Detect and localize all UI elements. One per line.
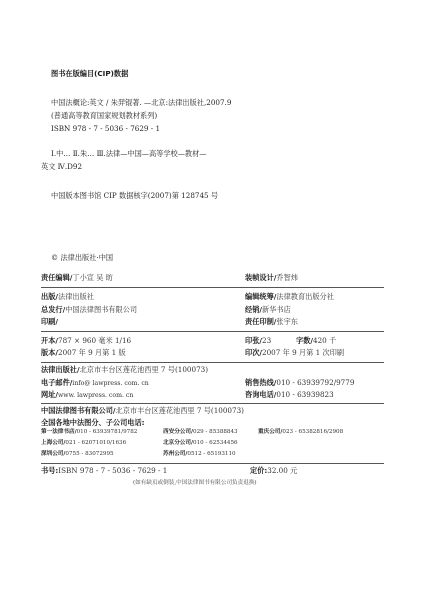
price-label: 定价: xyxy=(250,466,267,475)
impression-value: 2007 年 9 月第 1 次印刷 xyxy=(262,348,344,357)
branch-label: 苏州公司/ xyxy=(163,451,187,457)
divider xyxy=(41,403,384,404)
branch-phone: 023 - 65382816/2908 xyxy=(282,429,343,435)
branch-phone: 010 - 62534456 xyxy=(193,440,238,446)
editor-label: 责任编辑/ xyxy=(41,273,72,282)
edition-spec: 版本/2007 年 9 月第 1 版 xyxy=(41,349,126,356)
isbn-line: 书号:ISBN 978 - 7 - 5036 - 7629 - 1 xyxy=(41,467,167,474)
publisher-value: 法律出版社 xyxy=(58,292,94,301)
seller-value: 新华书店 xyxy=(262,305,291,314)
email-value: info@ lawpress. com. cn xyxy=(72,380,148,387)
cip-series-line: (普通高等教育国家规划教材系列) xyxy=(51,112,157,119)
cip-isbn-line: ISBN 978 - 7 - 5036 - 7629 - 1 xyxy=(51,125,160,132)
format-value: 787 × 960 毫米 1/16 xyxy=(58,336,131,345)
distributor-label: 总发行/ xyxy=(41,305,65,314)
sales-value: 010 - 63939792/9779 xyxy=(276,378,354,387)
print-manager-credit: 责任印制/张宇东 xyxy=(245,318,298,325)
branch-label: 上海公司/ xyxy=(41,440,65,446)
copyright-line: © 法律出版社·中国 xyxy=(51,254,113,261)
design-credit: 装帧设计/乔智炜 xyxy=(245,274,298,281)
printer-credit: 印刷/ xyxy=(41,318,58,325)
company-label: 中国法律图书有限公司/ xyxy=(41,406,116,415)
print-manager-value: 张宇东 xyxy=(276,317,298,326)
isbn-value: ISBN 978 - 7 - 5036 - 7629 - 1 xyxy=(58,466,167,475)
coordinator-value: 法律教育出版分社 xyxy=(276,292,334,301)
words-label: 字数/ xyxy=(296,336,313,345)
branch-phone: 010 - 63939781/9782 xyxy=(77,429,138,435)
inquiry-contact: 咨询电话/010 - 63939823 xyxy=(245,391,334,398)
cip-library-line: 中国版本图书馆 CIP 数据核字(2007)第 128745 号 xyxy=(51,192,218,199)
address-label: 法律出版社/ xyxy=(41,365,80,374)
cip-title-line: 中国法概论:英文 / 朱羿锟著. —北京:法律出版社,2007.9 xyxy=(51,99,231,106)
coordinator-label: 编辑统筹/ xyxy=(245,292,276,301)
design-label: 装帧设计/ xyxy=(245,273,276,282)
branch-phone: 029 - 85388843 xyxy=(193,429,238,435)
web-contact: 网址/www. lawpress. com. cn xyxy=(41,391,133,399)
impression-spec: 印次/2007 年 9 月第 1 次印刷 xyxy=(245,349,344,356)
inquiry-value: 010 - 63939823 xyxy=(276,390,333,399)
cip-subject-line-1: Ⅰ.中… Ⅱ.朱… Ⅲ.法律—中国—高等学校—教材— xyxy=(51,150,206,157)
words-value: 420 千 xyxy=(313,336,336,345)
address-value: 北京市丰台区莲花池西里 7 号(100073) xyxy=(80,365,208,374)
web-value: www. lawpress. com. cn xyxy=(58,392,133,399)
email-label: 电子邮件/ xyxy=(41,378,72,387)
sales-label: 销售热线/ xyxy=(245,378,276,387)
format-label: 开本/ xyxy=(41,336,58,345)
branch-label: 重庆公司/ xyxy=(258,429,282,435)
sheets-spec: 印张/23 xyxy=(245,337,271,344)
company-address: 中国法律图书有限公司/北京市丰台区莲花池西里 7 号(100073) xyxy=(41,407,244,414)
isbn-label: 书号: xyxy=(41,466,58,475)
cip-heading: 图书在版编目(CIP)数据 xyxy=(51,70,128,77)
company-value: 北京市丰台区莲花池西里 7 号(100073) xyxy=(116,406,244,415)
branches-heading: 全国各地中法图分、子公司电话: xyxy=(41,419,145,426)
sales-contact: 销售热线/010 - 63939792/9779 xyxy=(245,379,354,386)
publisher-label: 出版/ xyxy=(41,292,58,301)
cip-subject-line-2: 英文 Ⅳ.D92 xyxy=(41,163,82,170)
publisher-credit: 出版/法律出版社 xyxy=(41,293,94,300)
editor-value: 丁小宣 吴 昉 xyxy=(72,273,113,282)
impression-label: 印次/ xyxy=(245,348,262,357)
distributor-value: 中国法律图书有限公司 xyxy=(65,305,137,314)
edition-value: 2007 年 9 月第 1 版 xyxy=(58,348,126,357)
branch-phone: 0512 - 65193110 xyxy=(187,451,235,457)
distributor-credit: 总发行/中国法律图书有限公司 xyxy=(41,306,137,313)
branch-label: 第一法律书店/ xyxy=(41,429,77,435)
divider xyxy=(41,287,384,288)
branch-item: 北京分公司/010 - 62534456 xyxy=(163,441,238,447)
branch-label: 深圳公司/ xyxy=(41,451,65,457)
seller-label: 经销/ xyxy=(245,305,262,314)
inquiry-label: 咨询电话/ xyxy=(245,390,276,399)
email-contact: 电子邮件/info@ lawpress. com. cn xyxy=(41,379,149,387)
branch-label: 北京分公司/ xyxy=(163,440,193,446)
branch-item: 西安分公司/029 - 85388843 xyxy=(163,430,238,436)
divider xyxy=(41,331,384,332)
branch-item: 第一法律书店/010 - 63939781/9782 xyxy=(41,430,137,436)
design-value: 乔智炜 xyxy=(276,273,298,282)
web-label: 网址/ xyxy=(41,390,58,399)
format-spec: 开本/787 × 960 毫米 1/16 xyxy=(41,337,131,344)
branch-item: 深圳公司/0755 - 83072995 xyxy=(41,452,114,458)
seller-credit: 经销/新华书店 xyxy=(245,306,291,313)
sheets-label: 印张/ xyxy=(245,336,262,345)
words-spec: 字数/420 千 xyxy=(296,337,336,344)
price-line: 定价:32.00 元 xyxy=(250,467,297,474)
coordinator-credit: 编辑统筹/法律教育出版分社 xyxy=(245,293,334,300)
branch-item: 重庆公司/023 - 65382816/2908 xyxy=(258,430,343,436)
divider xyxy=(41,463,384,464)
branch-phone: 021 - 62071010/1636 xyxy=(65,440,126,446)
branch-label: 西安分公司/ xyxy=(163,429,193,435)
edition-label: 版本/ xyxy=(41,348,58,357)
sheets-value: 23 xyxy=(262,336,271,345)
return-policy-note: (如有缺页或倒装,中国法律图书有限公司负责退换) xyxy=(133,481,257,487)
branch-item: 上海公司/021 - 62071010/1636 xyxy=(41,441,126,447)
price-value: 32.00 元 xyxy=(267,466,297,475)
editor-credit: 责任编辑/丁小宣 吴 昉 xyxy=(41,274,113,281)
branch-item: 苏州公司/0512 - 65193110 xyxy=(163,452,236,458)
divider xyxy=(41,362,384,363)
publisher-address: 法律出版社/北京市丰台区莲花池西里 7 号(100073) xyxy=(41,366,208,373)
printer-label: 印刷/ xyxy=(41,317,58,326)
branch-phone: 0755 - 83072995 xyxy=(65,451,113,457)
print-manager-label: 责任印制/ xyxy=(245,317,276,326)
